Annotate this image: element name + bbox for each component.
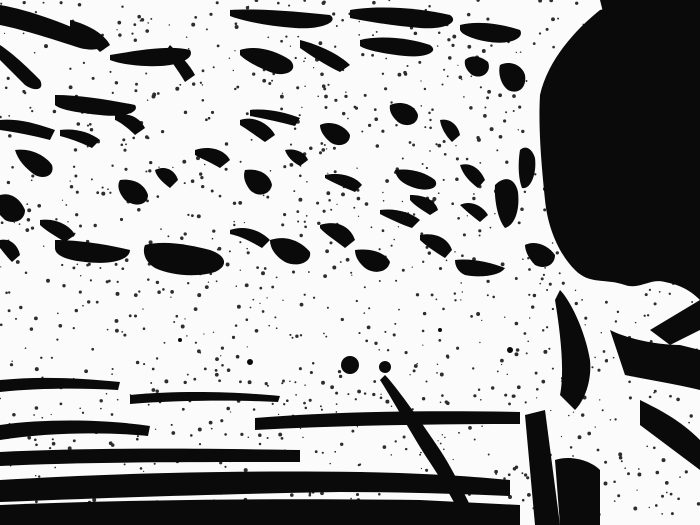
texture-artwork <box>0 0 700 525</box>
photocopy-image <box>0 0 700 525</box>
